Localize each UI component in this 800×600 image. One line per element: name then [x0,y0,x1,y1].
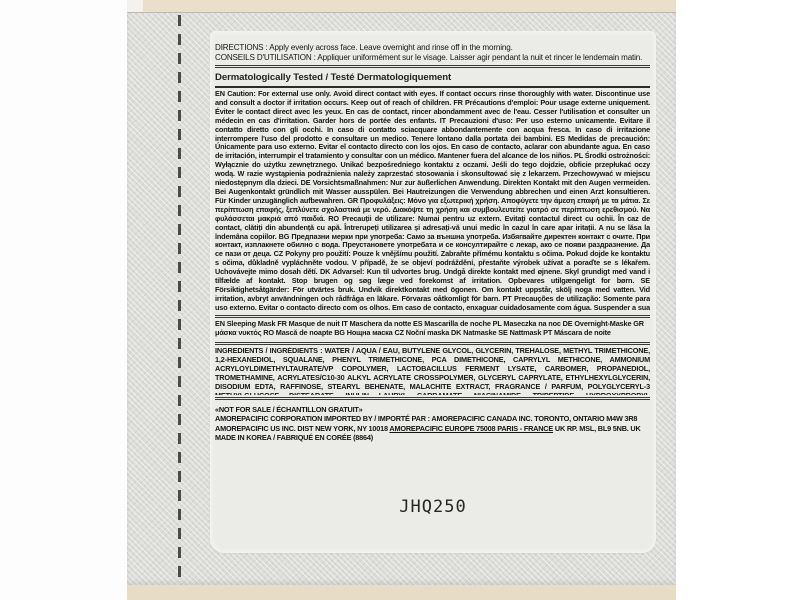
lot-code: JHQ250 [210,497,656,517]
importer-line-1: AMOREPACIFIC CORPORATION IMPORTED BY / I… [215,414,650,423]
importer-line-2: AMOREPACIFIC US INC. Dist New York, NY 1… [215,424,650,433]
us-distributor: AMOREPACIFIC US INC. Dist New York, NY 1… [215,424,389,433]
divider [215,86,650,88]
europe-distributor: AMOREPACIFIC EUROPE 75008 Paris - FRANCE [389,424,553,433]
dermatologically-tested-heading: Dermatologically Tested / Testé Dermatol… [215,70,650,84]
card-bottom-edge [127,585,676,600]
photo-background-left [0,0,127,600]
divider [215,315,650,318]
not-for-sale-notice: «NOT FOR SALE / ÉCHANTILLON GRATUIT» [215,405,650,414]
ingredients-list: INGREDIENTS / INGRÉDIENTS : WATER / AQUA… [215,347,650,395]
product-label: DIRECTIONS : Apply evenly across face. L… [210,31,656,553]
caution-multilingual: EN Caution: For external use only. Avoid… [215,90,650,313]
directions-english: DIRECTIONS : Apply evenly across face. L… [215,43,650,53]
product-name-multilingual: EN Sleeping Mask FR Masque de nuit IT Ma… [215,320,650,340]
photo-background-right [676,0,800,600]
sample-sachet: DIRECTIONS : Apply evenly across face. L… [127,12,676,585]
divider [215,397,650,400]
made-in-korea: MADE IN KOREA / FABRIQUÉ EN CORÉE (8864) [215,433,650,442]
legal-info: «NOT FOR SALE / ÉCHANTILLON GRATUIT» AMO… [215,405,650,442]
divider [215,342,650,345]
divider [215,65,650,68]
uk-responsible-person: UK RP. MSL, BL9 5NB. UK [553,424,641,433]
directions-french: CONSEILS D'UTILISATION : Appliquer unifo… [215,53,650,63]
tear-perforation-line [178,15,181,581]
